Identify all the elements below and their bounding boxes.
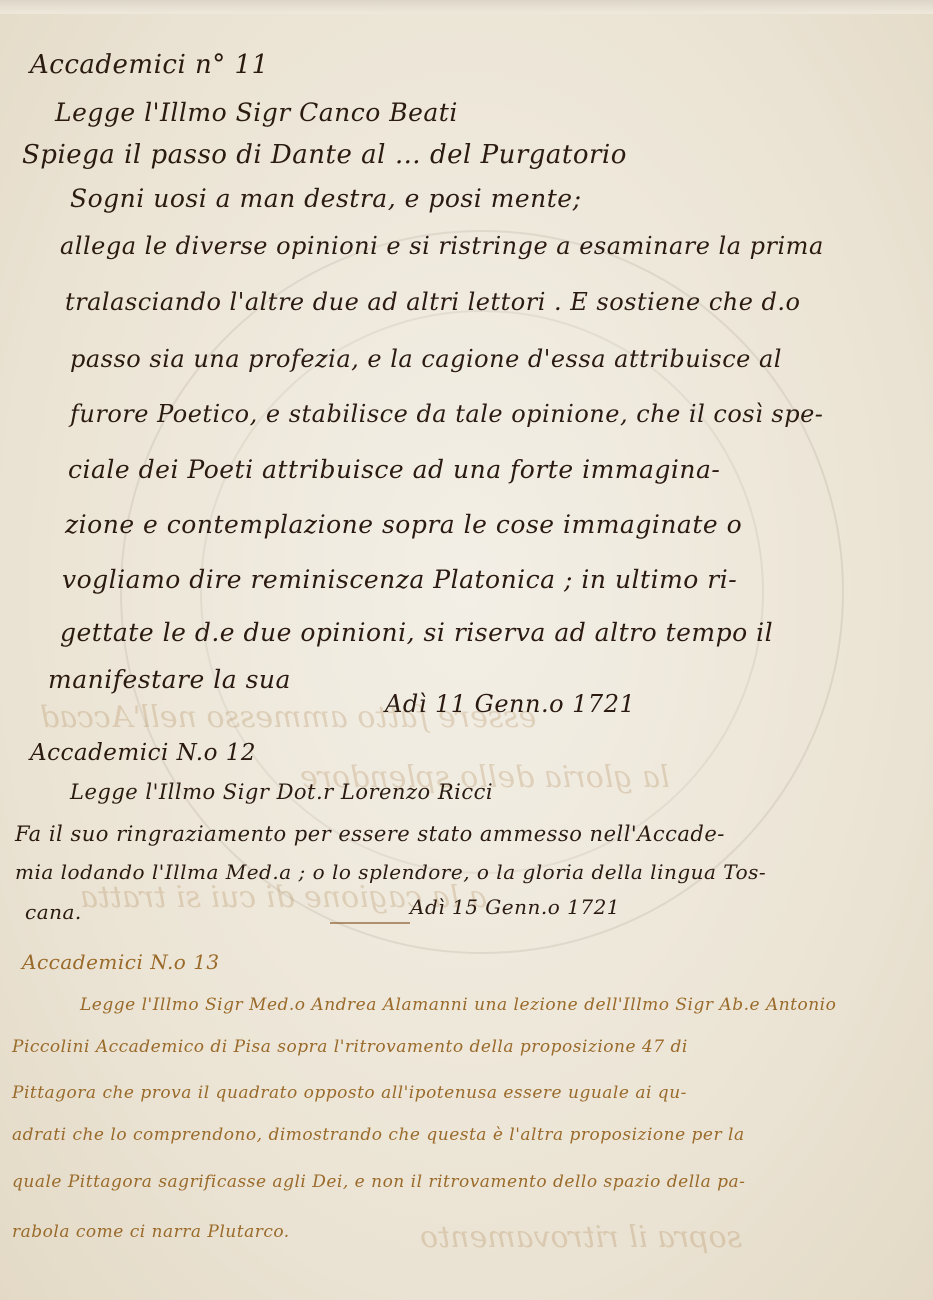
entry-line: passo sia una profezia, e la cagione d'e… xyxy=(70,345,782,373)
entry-line: Legge l'Illmo Sigr Med.o Andrea Alamanni… xyxy=(80,995,836,1015)
entry-line: Sogni uosi a man destra, e posi mente; xyxy=(70,184,582,213)
entry-line: quale Pittagora sagrificasse agli Dei, e… xyxy=(12,1172,745,1192)
entry-line: Fa il suo ringraziamento per essere stat… xyxy=(15,822,725,846)
entry-heading: Accademici N.o 12 xyxy=(30,740,256,766)
entry-line: furore Poetico, e stabilisce da tale opi… xyxy=(70,400,823,428)
entry-line: vogliamo dire reminiscenza Platonica ; i… xyxy=(62,565,737,594)
bleed-through-text: sopra il ritrovamento xyxy=(420,1220,742,1255)
entry-line: Legge l'Illmo Sigr Dot.r Lorenzo Ricci xyxy=(70,780,493,804)
entry-heading: Accademici n° 11 xyxy=(30,50,269,80)
entry-line: tralasciando l'altre due ad altri lettor… xyxy=(65,288,800,316)
entry-line: zione e contemplazione sopra le cose imm… xyxy=(65,510,742,539)
entry-line: Legge l'Illmo Sigr Canco Beati xyxy=(55,98,458,127)
date-underline xyxy=(330,922,410,924)
entry-line: rabola come ci narra Plutarco. xyxy=(12,1222,290,1242)
entry-line: gettate le d.e due opinioni, si riserva … xyxy=(60,618,773,647)
manuscript-page: essere fatto ammesso nell'Accad la glori… xyxy=(0,0,933,1300)
entry-date: Adì 11 Genn.o 1721 xyxy=(385,690,635,718)
entry-line: Piccolini Accademico di Pisa sopra l'rit… xyxy=(12,1037,688,1057)
entry-date: Adì 15 Genn.o 1721 xyxy=(410,895,620,919)
entry-line: allega le diverse opinioni e si ristring… xyxy=(60,232,824,260)
entry-line: Spiega il passo di Dante al … del Purgat… xyxy=(22,140,627,170)
entry-line: cana. xyxy=(25,900,82,924)
entry-line: ciale dei Poeti attribuisce ad una forte… xyxy=(68,455,720,484)
entry-line: mia lodando l'Illma Med.a ; o lo splendo… xyxy=(15,860,766,884)
entry-line: manifestare la sua xyxy=(48,665,291,694)
entry-line: Pittagora che prova il quadrato opposto … xyxy=(12,1083,687,1103)
top-margin-strip xyxy=(0,0,933,14)
entry-line: adrati che lo comprendono, dimostrando c… xyxy=(12,1125,745,1145)
entry-heading: Accademici N.o 13 xyxy=(22,950,220,974)
